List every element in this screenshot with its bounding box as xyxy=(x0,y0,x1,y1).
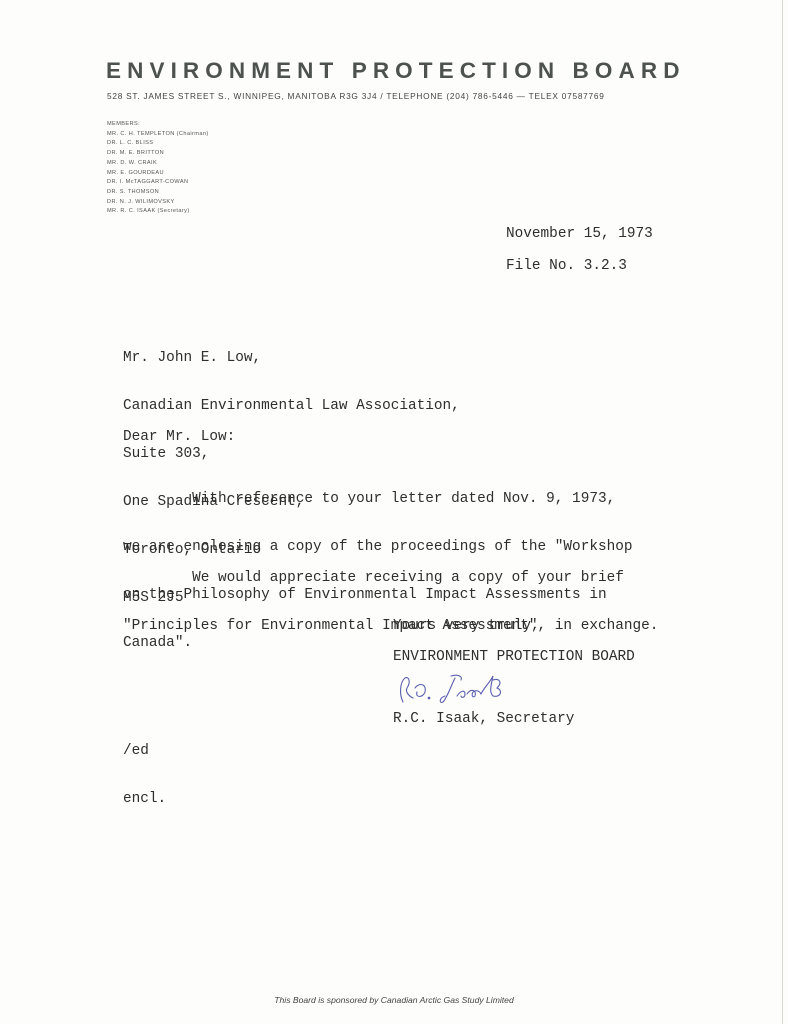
member: MR. D. W. CRAIK xyxy=(107,159,209,169)
member: DR. L. C. BLISS xyxy=(107,139,209,149)
address-line: Canadian Environmental Law Association, xyxy=(123,398,460,414)
body-line: "Principles for Environmental Impact Ass… xyxy=(123,618,658,634)
member: DR. I. McTAGGART-COWAN xyxy=(107,178,209,188)
member: MR. R. C. ISAAK (Secretary) xyxy=(107,207,209,217)
typist-initials: /ed xyxy=(123,743,166,759)
body-line: We would appreciate receiving a copy of … xyxy=(123,570,658,586)
letterhead-address: 528 ST. JAMES STREET S., WINNIPEG, MANIT… xyxy=(107,91,605,101)
salutation: Dear Mr. Low: xyxy=(123,429,235,445)
closing: Yours very truly, xyxy=(393,618,540,634)
body-line: With reference to your letter dated Nov.… xyxy=(123,491,633,507)
member: DR. N. J. WILIMOVSKY xyxy=(107,198,209,208)
body-paragraph-2: We would appreciate receiving a copy of … xyxy=(123,538,658,650)
closing-organization: ENVIRONMENT PROTECTION BOARD xyxy=(393,649,635,665)
footer-sponsor-note: This Board is sponsored by Canadian Arct… xyxy=(0,995,788,1005)
reference-initials: /ed encl. xyxy=(123,711,166,823)
member: DR. M. E. BRITTON xyxy=(107,149,209,159)
members-list: MEMBERS: MR. C. H. TEMPLETON (Chairman) … xyxy=(107,120,209,217)
file-number: File No. 3.2.3 xyxy=(506,258,627,274)
enclosure-note: encl. xyxy=(123,791,166,807)
letter-date: November 15, 1973 xyxy=(506,226,653,242)
members-heading: MEMBERS: xyxy=(107,120,209,130)
address-line: Mr. John E. Low, xyxy=(123,350,460,366)
member: DR. S. THOMSON xyxy=(107,188,209,198)
signer-name: R.C. Isaak, Secretary xyxy=(393,711,574,727)
member: MR. E. GOURDEAU xyxy=(107,169,209,179)
handwritten-signature xyxy=(395,668,515,713)
page-edge xyxy=(782,0,783,1024)
letterhead-title: ENVIRONMENT PROTECTION BOARD xyxy=(106,58,678,84)
member: MR. C. H. TEMPLETON (Chairman) xyxy=(107,130,209,140)
